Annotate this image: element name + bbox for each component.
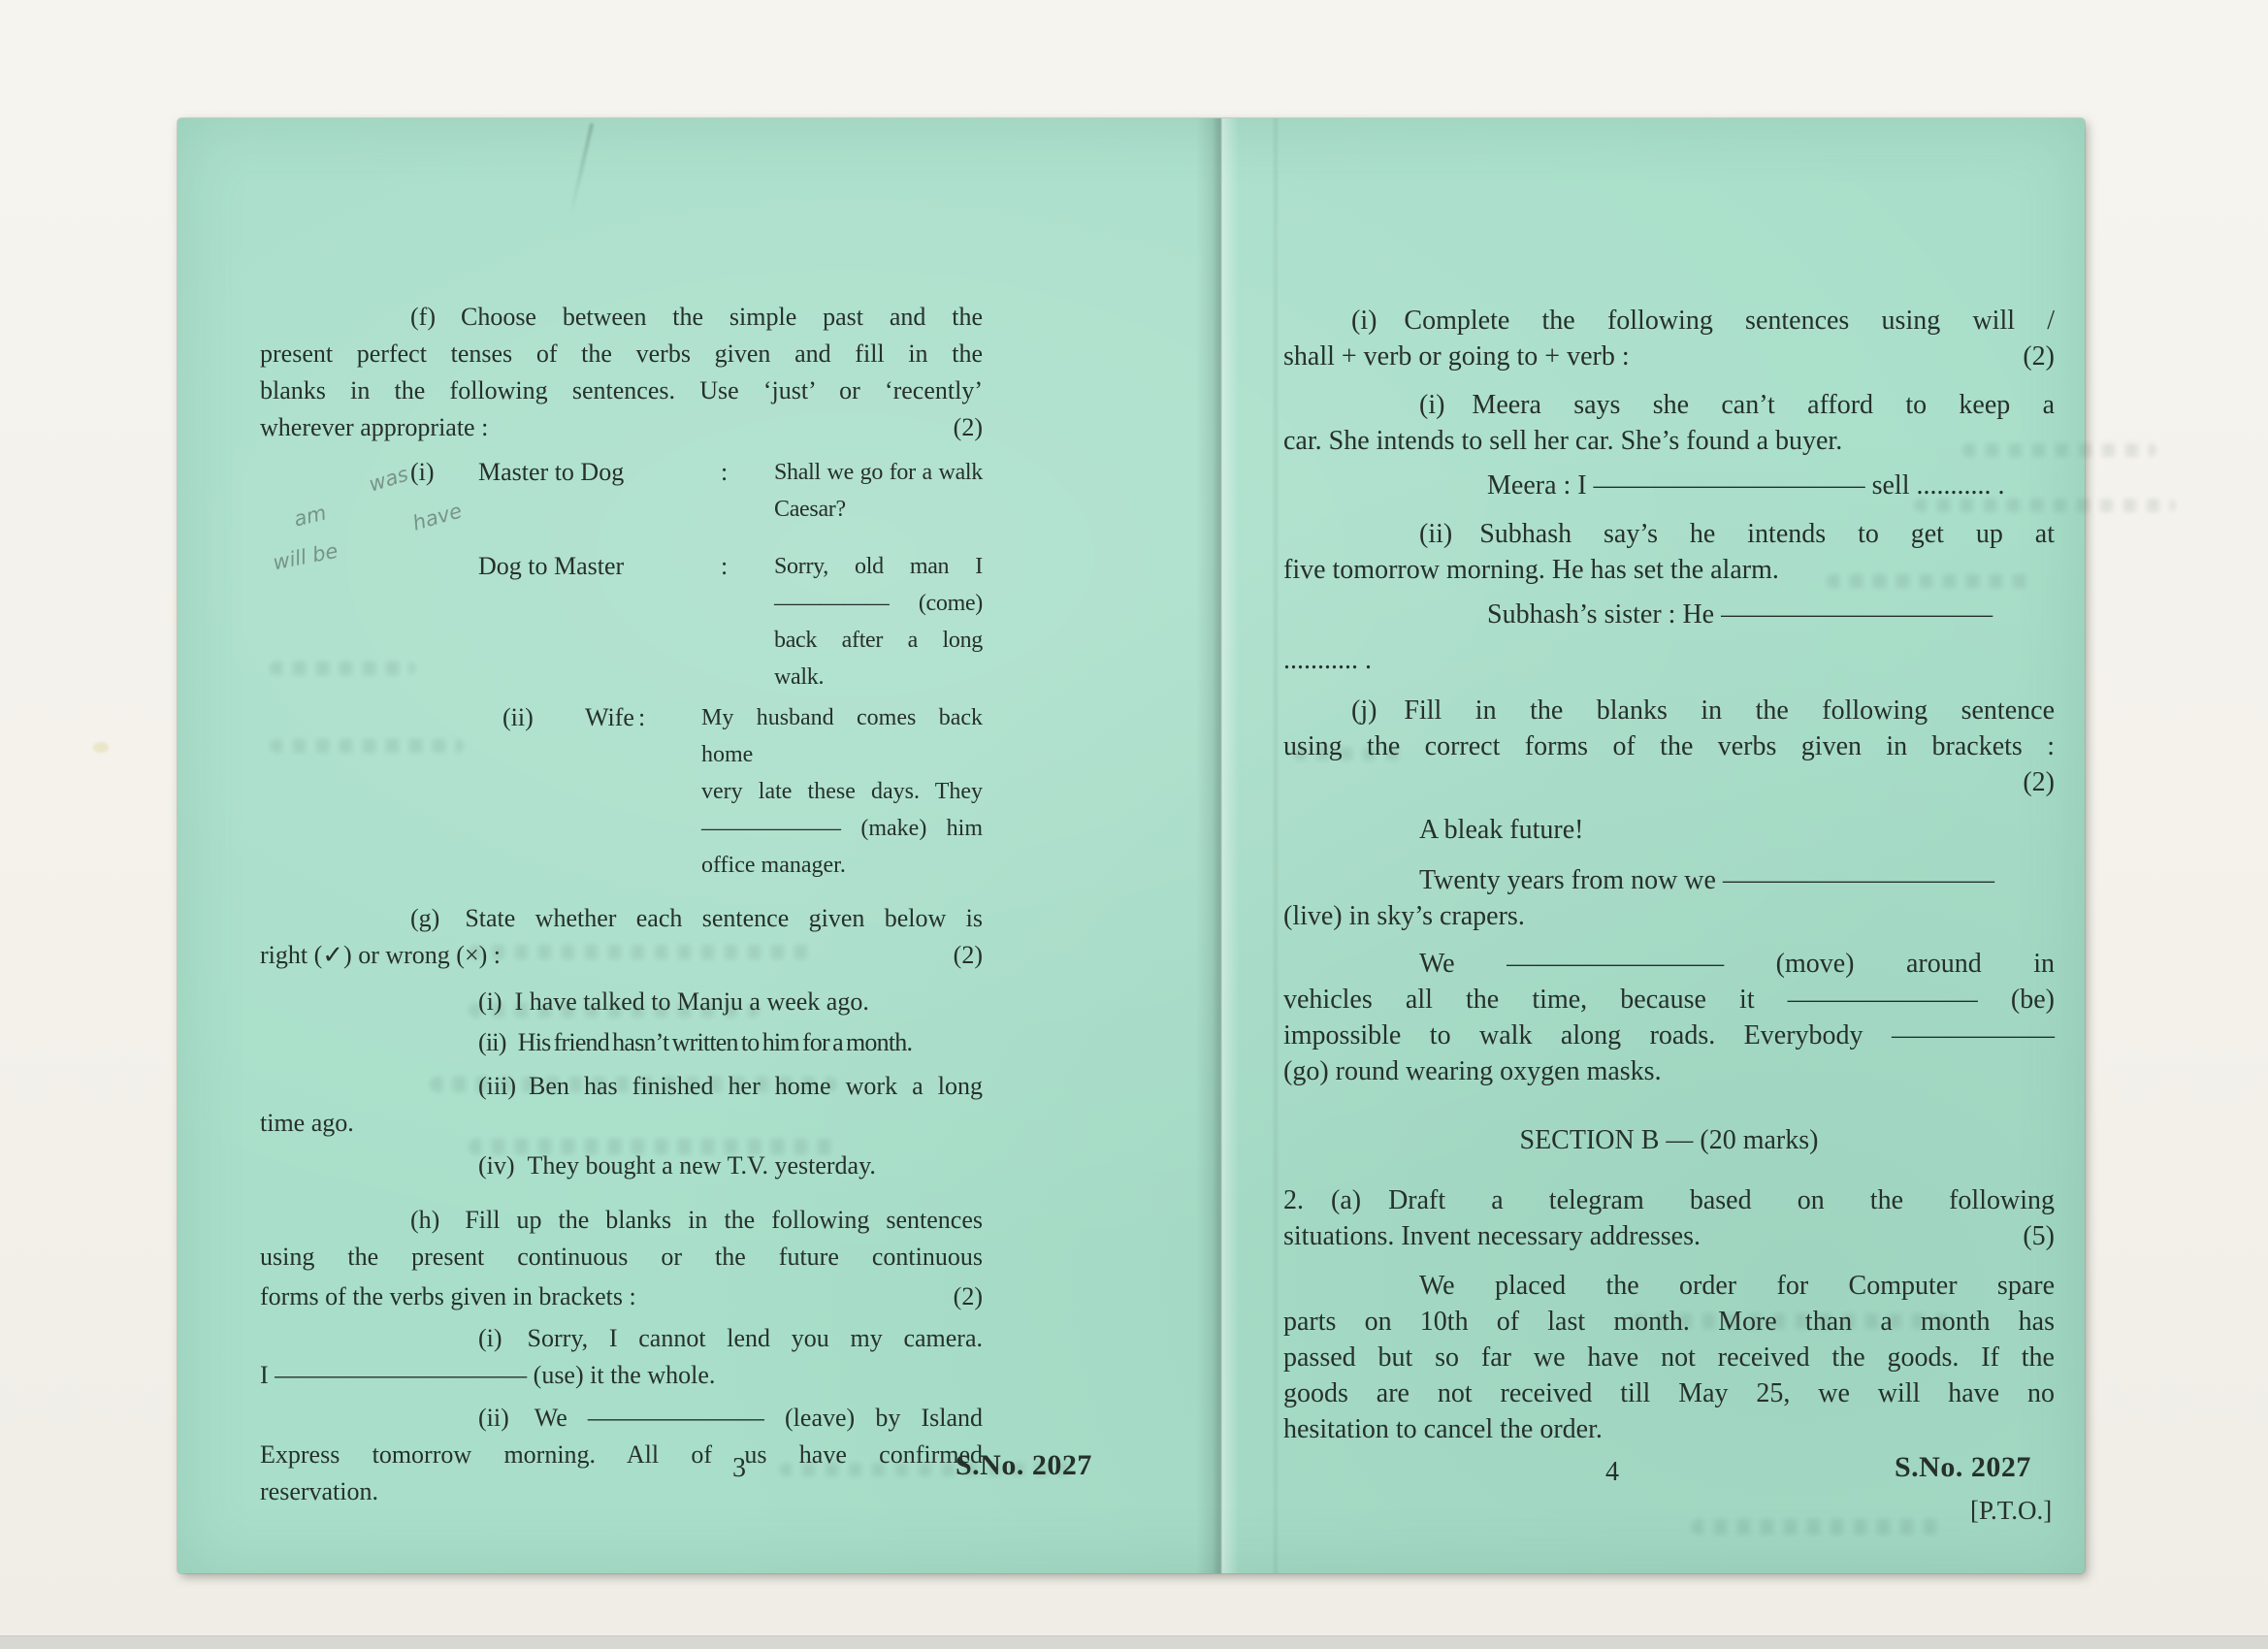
line-text: I —————————— (use) it the whole. <box>260 1361 715 1389</box>
line-text: impossible to walk along roads. Everybod… <box>1283 1020 2055 1051</box>
top-wrinkle <box>568 123 594 218</box>
text-line: We ———————— (move) around in <box>1283 946 2055 982</box>
dialog-line: office manager. <box>701 847 983 884</box>
dialog-line: very late these days. They <box>701 773 983 810</box>
line-text: (j) Fill in the blanks in the following … <box>1351 695 2055 726</box>
speaker-colon: : <box>721 454 774 491</box>
showthrough-smudge <box>1691 1519 1943 1535</box>
text-line: ........... . <box>1283 642 2055 678</box>
line-text: Twenty years from now we —————————— <box>1419 865 1994 895</box>
dialog-row: (ii)Wife:My husband comes back homevery … <box>502 699 983 884</box>
text-line: parts on 10th of last month. More than a… <box>1283 1304 2055 1340</box>
text-line: (i) I have talked to Manju a week ago. <box>260 984 983 1020</box>
text-line: Subhash’s sister : He —————————— <box>1283 597 2055 632</box>
line-text: hesitation to cancel the order. <box>1283 1414 1603 1444</box>
text-line: forms of the verbs given in brackets :(2… <box>260 1278 983 1315</box>
line-text: parts on 10th of last month. More than a… <box>1283 1307 2055 1337</box>
text-line: (go) round wearing oxygen masks. <box>1283 1053 2055 1089</box>
line-text: (f) Choose between the simple past and t… <box>410 303 983 331</box>
marks-allotted: (2) <box>954 1278 983 1315</box>
scanner-bed-edge <box>0 1635 2268 1649</box>
center-fold-shadow <box>1196 118 1239 1573</box>
line-text: Subhash’s sister : He —————————— <box>1487 599 1993 630</box>
serial-number-left: S.No. 2027 <box>956 1449 1092 1482</box>
pto-label: [P.T.O.] <box>1970 1496 2052 1526</box>
page-number-4: 4 <box>1605 1457 1619 1488</box>
center-fold-line <box>1219 118 1221 1573</box>
dialog-line: My husband comes back home <box>701 699 983 773</box>
line-text: SECTION B — (20 marks) <box>1520 1125 1819 1155</box>
text-line: (ii) We ——————— (leave) by Island <box>260 1400 983 1437</box>
line-text: (i) Meera says she can’t afford to keep … <box>1419 390 2055 420</box>
line-text: Express tomorrow morning. All of us have… <box>260 1440 983 1469</box>
text-line: We placed the order for Computer spare <box>1283 1268 2055 1304</box>
dialog-row: (i)Master to Dog:Shall we go for a walkC… <box>410 454 983 528</box>
line-text: (ii) We ——————— (leave) by Island <box>478 1404 983 1432</box>
dialog-line: Shall we go for a walk <box>774 454 983 491</box>
page-4-text-column: (i) Complete the following sentences usi… <box>1283 303 2055 1447</box>
line-text: (i) Sorry, I cannot lend you my camera. <box>478 1324 983 1352</box>
item-number: (i) <box>410 454 478 491</box>
marks-allotted: (5) <box>2023 1218 2055 1254</box>
line-text: 2. (a) Draft a telegram based on the fol… <box>1283 1185 2055 1215</box>
text-line: (live) in sky’s crapers. <box>1283 898 2055 934</box>
text-line: Meera : I —————————— sell ........... . <box>1283 468 2055 503</box>
line-text: present perfect tenses of the verbs give… <box>260 339 983 368</box>
text-line: wherever appropriate :(2) <box>260 409 983 446</box>
dialog-line: —————— (make) him <box>701 810 983 847</box>
text-line: present perfect tenses of the verbs give… <box>260 336 983 372</box>
dialog-row: Dog to Master:Sorry, old man I————— (com… <box>410 548 983 695</box>
marks-allotted: (2) <box>954 409 983 446</box>
line-text: (live) in sky’s crapers. <box>1283 901 1525 931</box>
text-line: vehicles all the time, because it ——————… <box>1283 982 2055 1018</box>
speaker-colon: : <box>721 548 774 585</box>
text-line: (i) Meera says she can’t afford to keep … <box>1283 387 2055 423</box>
dialog-line: walk. <box>774 659 983 695</box>
secondary-crease <box>1272 118 1280 1573</box>
line-text: Meera : I —————————— sell ........... . <box>1487 470 2005 501</box>
text-line: (j) Fill in the blanks in the following … <box>1283 693 2055 728</box>
line-text: (ii) His friend hasn’t written to him fo… <box>478 1028 912 1056</box>
text-line: (g) State whether each sentence given be… <box>260 900 983 937</box>
speaker-label: Dog to Master <box>478 548 721 585</box>
line-text: vehicles all the time, because it ——————… <box>1283 985 2055 1015</box>
exam-question-paper: wasamhavewill be (f) Choose between the … <box>178 118 2085 1573</box>
text-line: SECTION B — (20 marks) <box>1283 1122 2055 1158</box>
text-line: Express tomorrow morning. All of us have… <box>260 1437 983 1473</box>
text-line: hesitation to cancel the order. <box>1283 1411 2055 1447</box>
text-line: impossible to walk along roads. Everybod… <box>1283 1018 2055 1053</box>
line-text: goods are not received till May 25, we w… <box>1283 1378 2055 1408</box>
line-text: (iii) Ben has finished her home work a l… <box>478 1072 983 1100</box>
serial-number-right: S.No. 2027 <box>1895 1451 2031 1484</box>
text-line: Twenty years from now we —————————— <box>1283 862 2055 898</box>
dialog-line: Caesar? <box>774 491 983 528</box>
dialog-content: Shall we go for a walkCaesar? <box>774 454 983 528</box>
line-text: situations. Invent necessary addresses. <box>1283 1221 1701 1251</box>
line-text: We placed the order for Computer spare <box>1419 1271 2055 1301</box>
line-text: A bleak future! <box>1419 815 1584 845</box>
line-text: (go) round wearing oxygen masks. <box>1283 1056 1662 1086</box>
text-line: A bleak future! <box>1283 812 2055 848</box>
text-line: using the correct forms of the verbs giv… <box>1283 728 2055 764</box>
dialog-line: Sorry, old man I <box>774 548 983 585</box>
scanned-document-background: { "meta": { "kind": "scanned exam questi… <box>0 0 2268 1649</box>
line-text: (i) Complete the following sentences usi… <box>1351 306 2055 336</box>
text-line: 2. (a) Draft a telegram based on the fol… <box>1283 1182 2055 1218</box>
speaker-colon: : <box>638 699 701 736</box>
text-line: (2) <box>1283 764 2055 800</box>
text-line: (ii) Subhash say’s he intends to get up … <box>1283 516 2055 552</box>
line-text: five tomorrow morning. He has set the al… <box>1283 555 1779 585</box>
text-line: goods are not received till May 25, we w… <box>1283 1375 2055 1411</box>
line-text: car. She intends to sell her car. She’s … <box>1283 426 1842 456</box>
text-line: car. She intends to sell her car. She’s … <box>1283 423 2055 459</box>
text-line: (ii) His friend hasn’t written to him fo… <box>260 1024 983 1061</box>
line-text: forms of the verbs given in brackets : <box>260 1282 636 1310</box>
text-line: right (✓) or wrong (×) :(2) <box>260 937 983 974</box>
text-line: reservation. <box>260 1473 983 1510</box>
marks-allotted: (2) <box>954 937 983 974</box>
line-text: (iv) They bought a new T.V. yesterday. <box>478 1151 876 1180</box>
line-text: We ———————— (move) around in <box>1419 949 2055 979</box>
text-line: five tomorrow morning. He has set the al… <box>1283 552 2055 588</box>
dialog-content: Sorry, old man I————— (come)back after a… <box>774 548 983 695</box>
text-line: (h) Fill up the blanks in the following … <box>260 1202 983 1239</box>
paper-stain <box>93 742 109 753</box>
text-line: (iii) Ben has finished her home work a l… <box>260 1068 983 1105</box>
text-line: (f) Choose between the simple past and t… <box>260 299 983 336</box>
marks-allotted: (2) <box>2023 339 2055 374</box>
page-3-text-column: (f) Choose between the simple past and t… <box>260 299 983 1510</box>
dialog-content: My husband comes back homevery late thes… <box>701 699 983 884</box>
text-line: shall + verb or going to + verb :(2) <box>1283 339 2055 374</box>
speaker-label: Wife <box>585 699 638 736</box>
text-line: time ago. <box>260 1105 983 1142</box>
line-text: blanks in the following sentences. Use ‘… <box>260 376 983 404</box>
line-text: shall + verb or going to + verb : <box>1283 341 1630 372</box>
line-text: time ago. <box>260 1109 354 1137</box>
line-text: passed but so far we have not received t… <box>1283 1342 2055 1373</box>
line-text: (h) Fill up the blanks in the following … <box>410 1206 983 1234</box>
line-text: right (✓) or wrong (×) : <box>260 941 501 969</box>
page-number-3: 3 <box>732 1453 746 1484</box>
line-text: (ii) Subhash say’s he intends to get up … <box>1419 519 2055 549</box>
line-text: wherever appropriate : <box>260 413 488 441</box>
text-line: (i) Sorry, I cannot lend you my camera. <box>260 1320 983 1357</box>
line-text: using the correct forms of the verbs giv… <box>1283 731 2055 761</box>
line-text: ........... . <box>1283 645 1372 675</box>
line-text: using the present continuous or the futu… <box>260 1243 983 1271</box>
text-line: blanks in the following sentences. Use ‘… <box>260 372 983 409</box>
line-text: reservation. <box>260 1477 378 1505</box>
text-line: using the present continuous or the futu… <box>260 1239 983 1276</box>
text-line: (iv) They bought a new T.V. yesterday. <box>260 1148 983 1184</box>
text-line: (i) Complete the following sentences usi… <box>1283 303 2055 339</box>
item-number: (ii) <box>502 699 585 736</box>
text-line: I —————————— (use) it the whole. <box>260 1357 983 1394</box>
text-line: situations. Invent necessary addresses.(… <box>1283 1218 2055 1254</box>
speaker-label: Master to Dog <box>478 454 721 491</box>
dialog-line: ————— (come) <box>774 585 983 622</box>
line-text: (g) State whether each sentence given be… <box>410 904 983 932</box>
line-text: (2) <box>2023 767 2055 797</box>
line-text: (i) I have talked to Manju a week ago. <box>478 987 869 1016</box>
dialog-line: back after a long <box>774 622 983 659</box>
text-line: passed but so far we have not received t… <box>1283 1340 2055 1375</box>
